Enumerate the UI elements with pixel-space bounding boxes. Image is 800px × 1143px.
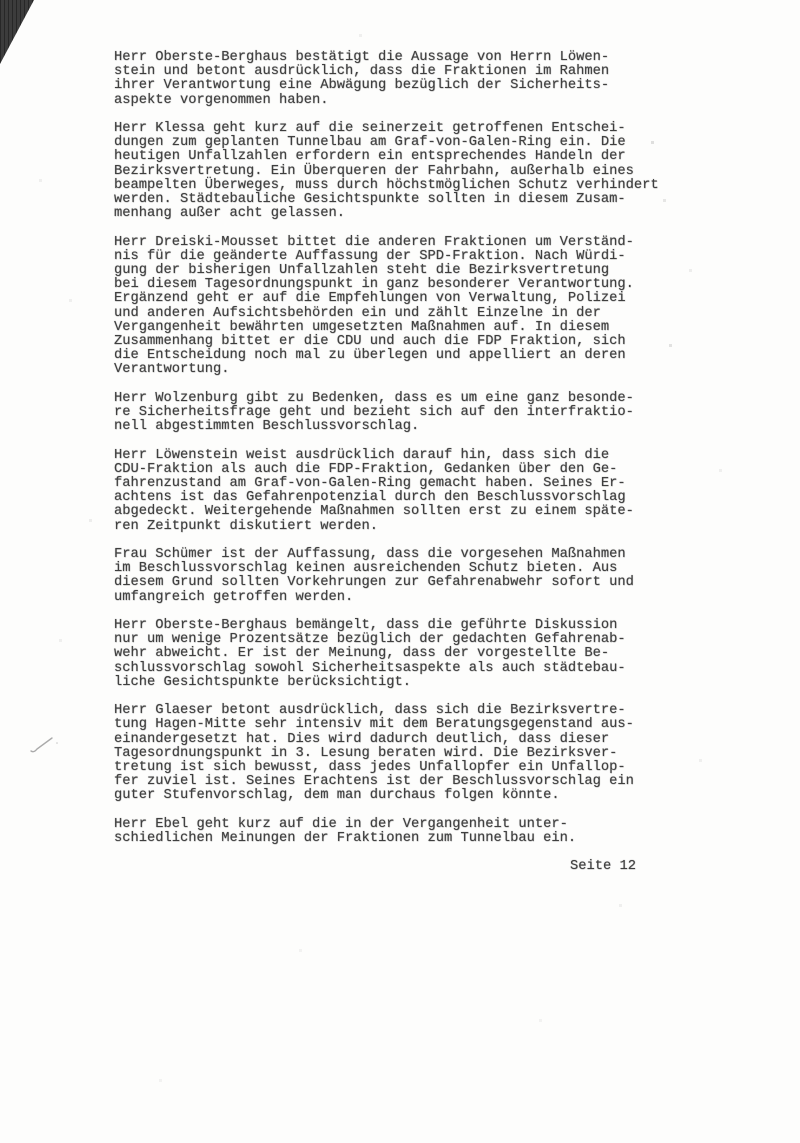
paragraph-loewenstein: Herr Löwenstein weist ausdrücklich darau… <box>114 449 676 534</box>
pen-mark-artifact <box>28 734 62 756</box>
page-number: Seite 12 <box>114 860 676 874</box>
scan-corner-artifact <box>0 0 34 64</box>
document-text-column: Herr Oberste-Berghaus bestätigt die Auss… <box>114 51 676 875</box>
paragraph-dreiski-mousset: Herr Dreiski-Mousset bittet die anderen … <box>114 236 676 378</box>
scan-noise-speckles <box>0 0 1 1</box>
paragraph-oberste-berghaus-2: Herr Oberste-Berghaus bemängelt, dass di… <box>114 619 676 690</box>
paragraph-ebel: Herr Ebel geht kurz auf die in der Verga… <box>114 818 676 846</box>
scanned-document-page: Herr Oberste-Berghaus bestätigt die Auss… <box>0 0 800 1143</box>
paragraph-oberste-berghaus-1: Herr Oberste-Berghaus bestätigt die Auss… <box>114 51 676 108</box>
paragraph-glaeser: Herr Glaeser betont ausdrücklich, dass s… <box>114 704 676 803</box>
paragraph-schuemer: Frau Schümer ist der Auffassung, dass di… <box>114 548 676 605</box>
paragraph-wolzenburg: Herr Wolzenburg gibt zu Bedenken, dass e… <box>114 392 676 435</box>
paragraph-klessa: Herr Klessa geht kurz auf die seinerzeit… <box>114 122 676 221</box>
